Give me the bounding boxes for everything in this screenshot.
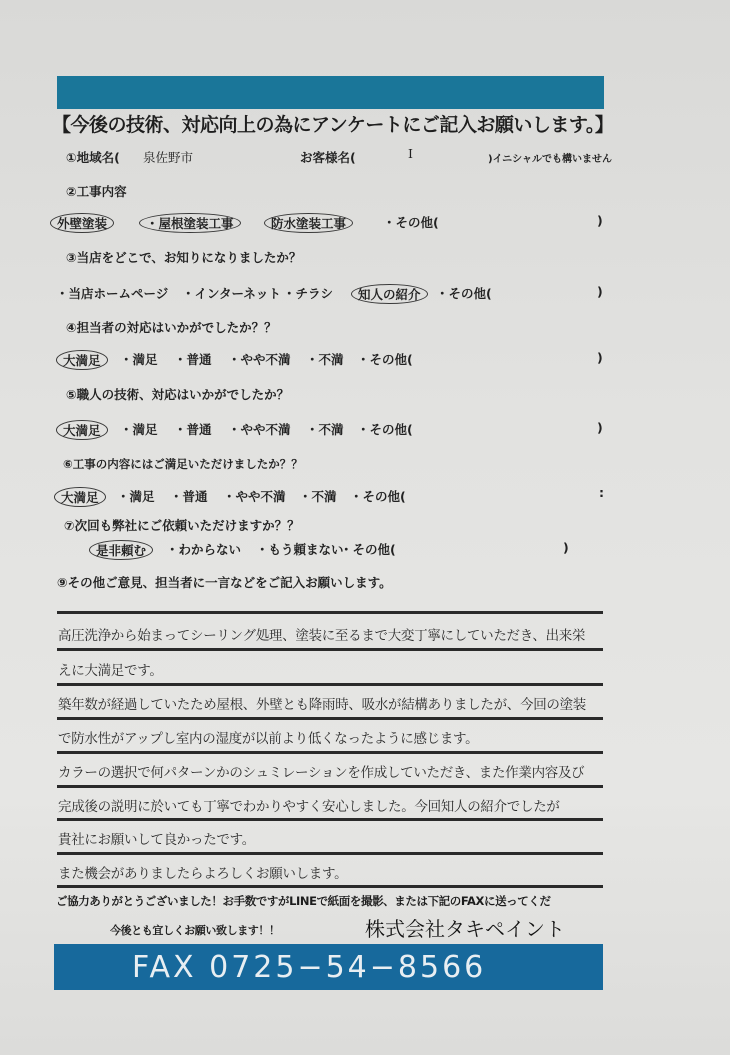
q4-option-very-satisfied[interactable]: 大満足 — [62, 350, 108, 370]
q7-label: ⑦次回も弊社にご依頼いただけますか？？ — [64, 516, 300, 534]
header-bar — [57, 76, 604, 109]
q4-close-paren: ) — [597, 350, 603, 365]
rule-line — [57, 751, 603, 754]
answer-line: で防水性がアップし室内の湿度が以前より低くなったように感じます。 — [58, 727, 478, 747]
q5-label: ⑤職人の技術、対応はいかがでしたか？ — [66, 385, 289, 403]
q7-option-definitely[interactable]: 是非頼む — [95, 540, 153, 560]
q4-option-somewhat-dissatisfied[interactable]: ・やや不満 — [228, 350, 291, 368]
rule-line — [57, 785, 603, 788]
answer-line: 築年数が経過していたため屋根、外壁とも降雨時、吸水が結構ありましたが、今回の塗装 — [58, 693, 586, 713]
answer-line: カラーの選択で何パターンかのシュミレーションを作成していただき、また作業内容及び — [58, 761, 584, 781]
answer-line: えに大満足です。 — [58, 659, 163, 679]
answer-line: 貴社にお願いして良かったです。 — [58, 828, 255, 848]
q2-close-paren: ) — [597, 213, 603, 228]
rule-line — [57, 717, 603, 720]
q2-option-roof[interactable]: ・屋根塗装工事 — [145, 213, 241, 233]
regards-note: 今後とも宜しくお願い致します！！ — [110, 922, 280, 938]
q5-option-satisfied[interactable]: ・満足 — [120, 420, 158, 438]
q9-label: ⑨その他ご意見、担当者に一言などをご記入お願いします。 — [57, 573, 392, 591]
q5-close-paren: ) — [597, 420, 603, 435]
q2-option-waterproof[interactable]: 防水塗装工事 — [270, 213, 353, 233]
rule-line — [57, 818, 603, 821]
answer-line: 高圧洗浄から始まってシーリング処理、塗装に至るまで大変丁寧にしていただき、出来栄 — [58, 624, 585, 644]
q3-close-paren: ) — [597, 284, 603, 299]
q3-option-homepage[interactable]: ・当店ホームページ — [56, 284, 168, 302]
q1-region-label: ①地域名( — [66, 148, 120, 166]
thanks-note: ご協力ありがとうございました！お手数ですがLINEで紙面を撮影、または下記のFA… — [56, 893, 551, 909]
q7-option-no-more[interactable]: ・もう頼まない — [256, 540, 344, 558]
q3-option-other[interactable]: ・その他( — [436, 284, 492, 302]
q5-option-other[interactable]: ・その他( — [357, 420, 413, 438]
q3-option-flyer[interactable]: ・チラシ — [283, 284, 333, 302]
q1-customer-value[interactable]: I — [408, 146, 413, 161]
q4-option-normal[interactable]: ・普通 — [174, 350, 212, 368]
q3-label: ③当店をどこで、お知りになりましたか？ — [66, 248, 301, 266]
q5-option-somewhat-dissatisfied[interactable]: ・やや不満 — [228, 420, 291, 438]
q7-close-paren: ) — [563, 540, 569, 555]
rule-line — [57, 852, 603, 855]
fax-bar: FAX 0725−54−8566 — [54, 944, 603, 990]
q1-region-value[interactable]: 泉佐野市 — [143, 148, 193, 166]
q5-option-very-satisfied[interactable]: 大満足 — [62, 420, 108, 440]
answer-line: また機会がありましたらよろしくお願いします。 — [58, 862, 347, 882]
fax-number: FAX 0725−54−8566 — [132, 950, 486, 985]
company-name: 株式会社タキペイント — [365, 913, 565, 942]
q6-option-other[interactable]: ・その他( — [350, 487, 406, 505]
q5-option-normal[interactable]: ・普通 — [174, 420, 212, 438]
q2-option-other[interactable]: ・その他( — [383, 213, 439, 231]
q6-option-somewhat-dissatisfied[interactable]: ・やや不満 — [223, 487, 286, 505]
rule-line — [57, 611, 603, 614]
q4-option-satisfied[interactable]: ・満足 — [120, 350, 158, 368]
q6-option-very-satisfied[interactable]: 大満足 — [60, 487, 106, 507]
q6-option-satisfied[interactable]: ・満足 — [117, 487, 155, 505]
q1-customer-label: お客様名( — [300, 148, 356, 166]
q7-option-other[interactable]: ・その他( — [340, 540, 396, 558]
q6-option-normal[interactable]: ・普通 — [170, 487, 208, 505]
q2-option-exterior-wall[interactable]: 外壁塗装 — [56, 213, 114, 233]
q5-option-dissatisfied[interactable]: ・不満 — [306, 420, 344, 438]
q6-close-mark: : — [599, 485, 604, 500]
rule-line — [57, 885, 603, 888]
survey-title: 【今後の技術、対応向上の為にアンケートにご記入お願いします。】 — [52, 110, 613, 137]
rule-line — [57, 683, 603, 686]
answer-line: 完成後の説明に於いても丁寧でわかりやすく安心しました。今回知人の紹介でしたが — [58, 795, 560, 815]
q1-customer-note: )イニシャルでも構いません — [488, 150, 612, 165]
q6-option-dissatisfied[interactable]: ・不満 — [299, 487, 337, 505]
q3-option-referral[interactable]: 知人の紹介 — [357, 284, 428, 304]
q2-label: ②工事内容 — [66, 182, 127, 200]
q6-label: ⑥工事の内容にはご満足いただけましたか？？ — [63, 456, 303, 472]
q3-option-internet[interactable]: ・インターネット — [182, 284, 281, 302]
q4-option-dissatisfied[interactable]: ・不満 — [306, 350, 344, 368]
q7-option-unsure[interactable]: ・わからない — [166, 540, 241, 558]
q4-label: ④担当者の対応はいかがでしたか？？ — [66, 318, 277, 336]
rule-line — [57, 648, 603, 651]
q4-option-other[interactable]: ・その他( — [357, 350, 413, 368]
